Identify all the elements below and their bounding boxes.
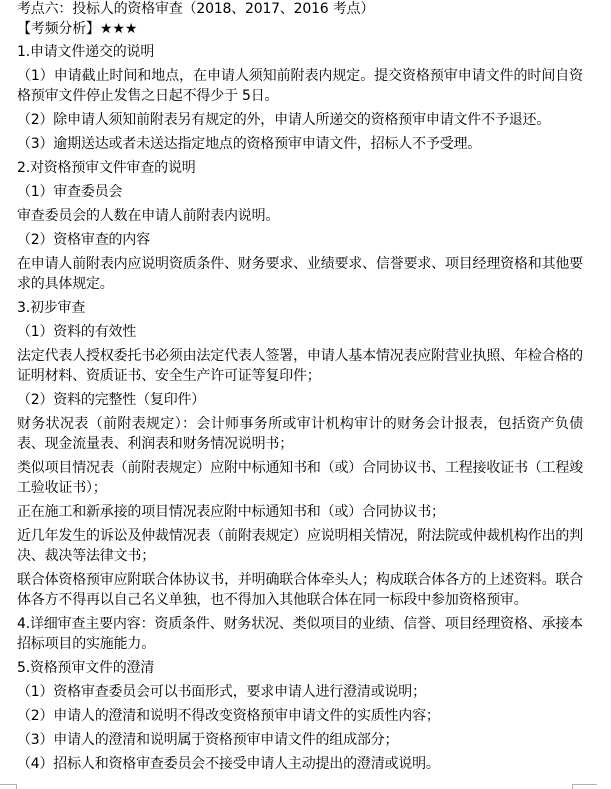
paragraph-3-4: 财务状况表（前附表规定）：会计师事务所或审计机构审计的财务会计报表，包括资产负债… <box>17 414 583 454</box>
paragraph-3-3: （2）资料的完整性（复印件） <box>17 390 597 410</box>
star-rating-icon: ★★★ <box>100 21 138 37</box>
paragraph-2-2: 审查委员会的人数在申请人前附表内说明。 <box>17 206 597 226</box>
paragraph-3-7: 近几年发生的诉讼及仲裁情况表（前附表规定）应说明相关情况，附法院或仲裁机构作出的… <box>17 526 583 566</box>
paragraph-1-1: （1）申请截止时间和地点，在申请人须知前附表内规定。提交资格预审申请文件的时间自… <box>17 66 583 106</box>
paragraph-2-1: （1）审查委员会 <box>17 182 597 202</box>
paragraph-1-3: （3）逾期送达或者未送达指定地点的资格预审申请文件，招标人不予受理。 <box>17 134 597 154</box>
section-heading-2: 2.对资格预审文件审查的说明 <box>17 158 597 178</box>
paragraph-2-3: （2）资格审查的内容 <box>17 230 597 250</box>
paragraph-3-2: 法定代表人授权委托书必须由法定代表人签署，申请人基本情况表应附营业执照、年检合格… <box>17 346 583 386</box>
page-title: 考点六：投标人的资格审查（2018、2017、2016 考点） <box>17 0 597 19</box>
paragraph-5-2: （2）申请人的澄清和说明不得改变资格预审申请文件的实质性内容； <box>17 706 597 726</box>
paragraph-2-4: 在申请人前附表内应说明资质条件、财务要求、业绩要求、信誉要求、项目经理资格和其他… <box>17 254 583 294</box>
paragraph-5-1: （1）资格审查委员会可以书面形式，要求申请人进行澄清或说明； <box>17 682 597 702</box>
section-heading-1: 1.申请文件递交的说明 <box>17 42 597 62</box>
section-heading-5: 5.资格预审文件的澄清 <box>17 658 597 678</box>
section-heading-4: 4.详细审查主要内容：资质条件、财务状况、类似项目的业绩、信誉、项目经理资格、承… <box>17 614 583 654</box>
paragraph-3-5: 类似项目情况表（前附表规定）应附中标通知书和（或）合同协议书、工程接收证书（工程… <box>17 458 583 498</box>
paragraph-1-2: （2）除申请人须知前附表另有规定的外，申请人所递交的资格预审申请文件不予退还。 <box>17 110 597 130</box>
paragraph-5-4: （4）招标人和资格审查委员会不接受申请人主动提出的澄清或说明。 <box>17 754 597 774</box>
paragraph-3-8: 联合体资格预审应附联合体协议书，并明确联合体牵头人；构成联合体各方的上述资料。联… <box>17 570 583 610</box>
paragraph-3-6: 正在施工和新承接的项目情况表应附中标通知书和（或）合同协议书； <box>17 502 597 522</box>
document-page: 考点六：投标人的资格审查（2018、2017、2016 考点） 【考频分析】★★… <box>17 0 597 778</box>
frequency-label: 【考频分析】 <box>17 21 100 37</box>
frequency-analysis: 【考频分析】★★★ <box>17 20 597 39</box>
paragraph-5-3: （3）申请人的澄清和说明属于资格预审申请文件的组成部分； <box>17 730 597 750</box>
page-margin-corner-right <box>572 784 597 789</box>
paragraph-3-1: （1）资料的有效性 <box>17 322 597 342</box>
page-margin-corner-left <box>0 784 17 789</box>
section-heading-3: 3.初步审查 <box>17 298 597 318</box>
